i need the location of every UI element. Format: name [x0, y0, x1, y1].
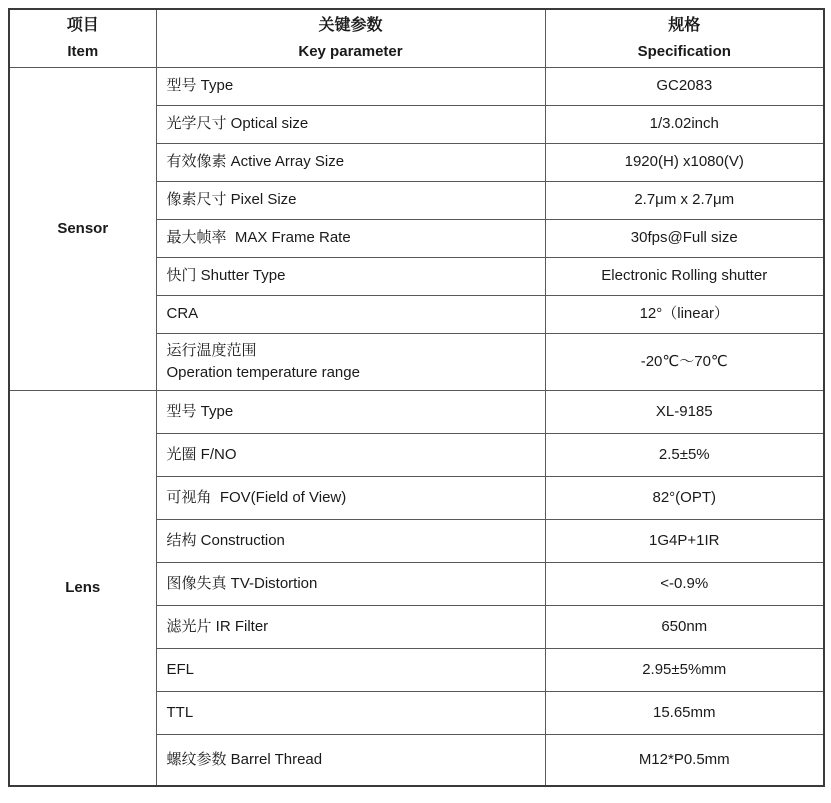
header-item-en: Item [12, 43, 154, 61]
param-cell: CRA [156, 295, 545, 333]
param-cell: 型号 Type [156, 390, 545, 433]
param-cell: EFL [156, 648, 545, 691]
param-cell: 滤光片 IR Filter [156, 605, 545, 648]
spec-cell: 2.95±5%mm [545, 648, 824, 691]
spec-table: 项目 Item 关键参数 Key parameter 规格 Specificat… [8, 8, 825, 787]
header-item-zh: 项目 [12, 16, 154, 36]
spec-cell: <-0.9% [545, 562, 824, 605]
header-specification-zh: 规格 [548, 16, 822, 36]
spec-cell: 2.7μm x 2.7μm [545, 181, 824, 219]
header-specification-en: Specification [548, 43, 822, 61]
param-cell: 图像失真 TV-Distortion [156, 562, 545, 605]
item-cell-sensor: Sensor [9, 67, 156, 390]
section-sensor: Sensor型号 TypeGC2083光学尺寸 Optical size1/3.… [9, 67, 824, 390]
param-cell: 像素尺寸 Pixel Size [156, 181, 545, 219]
header-key-parameter-en: Key parameter [159, 43, 543, 61]
spec-cell: M12*P0.5mm [545, 734, 824, 786]
spec-cell: -20℃～70℃ [545, 333, 824, 390]
spec-cell: 30fps@Full size [545, 219, 824, 257]
spec-cell: 1G4P+1IR [545, 519, 824, 562]
header-key-parameter-zh: 关键参数 [159, 16, 543, 36]
param-cell: TTL [156, 691, 545, 734]
section-lens: Lens型号 TypeXL-9185光圈 F/NO2.5±5%可视角 FOV(F… [9, 390, 824, 786]
spec-cell: 650nm [545, 605, 824, 648]
param-cell: 可视角 FOV(Field of View) [156, 476, 545, 519]
spec-cell: GC2083 [545, 67, 824, 105]
spec-cell: 12°（linear） [545, 295, 824, 333]
param-cell: 快门 Shutter Type [156, 257, 545, 295]
spec-cell: 1/3.02inch [545, 105, 824, 143]
param-cell: 光学尺寸 Optical size [156, 105, 545, 143]
spec-cell: 15.65mm [545, 691, 824, 734]
param-cell: 螺纹参数 Barrel Thread [156, 734, 545, 786]
header-cell-item: 项目 Item [9, 9, 156, 67]
param-cell: 型号 Type [156, 67, 545, 105]
param-cell: 运行温度范围 Operation temperature range [156, 333, 545, 390]
header-cell-key-parameter: 关键参数 Key parameter [156, 9, 545, 67]
item-cell-lens: Lens [9, 390, 156, 786]
spec-cell: 82°(OPT) [545, 476, 824, 519]
spec-cell: 2.5±5% [545, 433, 824, 476]
param-cell: 最大帧率 MAX Frame Rate [156, 219, 545, 257]
table-row: Sensor型号 TypeGC2083 [9, 67, 824, 105]
param-cell: 光圈 F/NO [156, 433, 545, 476]
spec-cell: XL-9185 [545, 390, 824, 433]
header-row: 项目 Item 关键参数 Key parameter 规格 Specificat… [9, 9, 824, 67]
param-cell: 结构 Construction [156, 519, 545, 562]
param-cell: 有效像素 Active Array Size [156, 143, 545, 181]
header-cell-specification: 规格 Specification [545, 9, 824, 67]
spec-cell: 1920(H) x1080(V) [545, 143, 824, 181]
spec-cell: Electronic Rolling shutter [545, 257, 824, 295]
table-row: Lens型号 TypeXL-9185 [9, 390, 824, 433]
table-header: 项目 Item 关键参数 Key parameter 规格 Specificat… [9, 9, 824, 67]
